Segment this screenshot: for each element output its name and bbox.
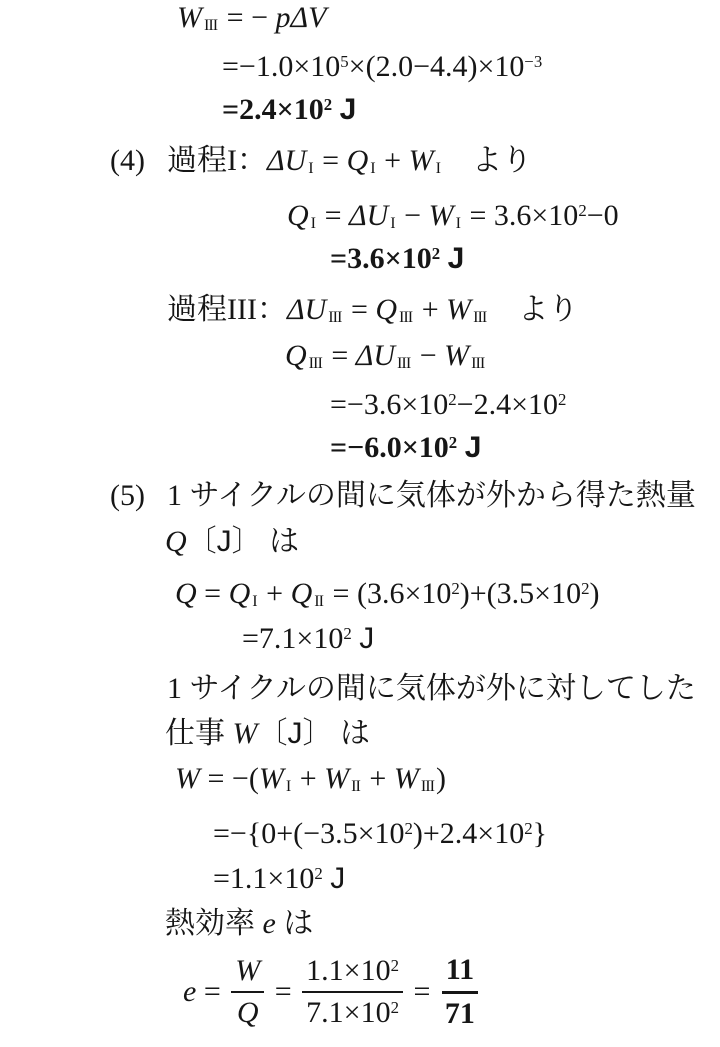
text-run: 2 [524, 819, 532, 838]
text-run: =1.1×10 [213, 862, 314, 895]
eq-q3-result: =−6.0×102 J [330, 421, 481, 465]
eq-q3-substitution: =−3.6×102−2.4×102 [330, 378, 566, 422]
text-run: I [252, 592, 256, 610]
text-run: III [227, 293, 257, 326]
text-run: )+2.4×10 [413, 817, 524, 850]
line-w-unit: 仕事 W〔J〕 は [165, 712, 370, 756]
text-run: I [308, 159, 312, 177]
text-run: サイクルの間に気体が外から得た熱量 [190, 479, 696, 512]
eq-wIII-result: =2.4×102 J [222, 83, 356, 127]
text-run: Q [375, 293, 397, 326]
text-run: 過程 [167, 293, 227, 326]
eq-w-result: =1.1×102 J [213, 852, 345, 896]
text-run: I [436, 159, 440, 177]
text-run: Q [229, 577, 251, 610]
text-run: I [286, 777, 290, 795]
text-run: =7.1×10 [242, 622, 343, 655]
text-run: 2 [314, 864, 322, 883]
text-run: = [324, 339, 356, 372]
text-run: − [397, 199, 429, 232]
fraction: WQ [231, 954, 264, 1031]
text-run: は [340, 717, 370, 750]
text-run: −3 [524, 52, 542, 71]
text-run: + [414, 293, 446, 326]
text-run: W [177, 1, 202, 34]
text-run: 5 [340, 52, 348, 71]
eq-q-total-result: =7.1×102 J [242, 612, 374, 656]
text-run: は [269, 525, 299, 558]
text-run: ΔU [356, 339, 395, 372]
text-run: III [204, 16, 217, 34]
text-run: W [409, 144, 434, 177]
text-run: J [448, 242, 465, 275]
text-run: + [292, 762, 324, 795]
text-run: 2 [449, 433, 457, 452]
text-run: =−{0+(−3.5×10 [213, 817, 404, 850]
fraction-denominator: Q [233, 993, 263, 1031]
eq-q3: QIII = ΔUIII − WIII [285, 334, 486, 378]
eq-wIII-definition: WIII = − pΔV [177, 0, 326, 40]
text-run: II [351, 777, 360, 795]
eq-w-total: W = −(WI + WII + WIII) [175, 757, 446, 801]
text-run: 1.1×10 [306, 954, 390, 987]
text-run: I [456, 214, 460, 232]
text-run: J [288, 717, 303, 750]
text-run: 〕 [303, 717, 341, 750]
text-run: = [317, 199, 349, 232]
text-run: )+(3.5×10 [460, 577, 581, 610]
fraction: 1171 [441, 953, 479, 1031]
text-run: W [394, 762, 419, 795]
text-run: 71 [445, 997, 475, 1030]
text-run: Q [165, 525, 187, 558]
fraction: 1.1×1027.1×102 [302, 954, 403, 1031]
text-run: 2 [451, 579, 459, 598]
text-run: ： [257, 293, 287, 326]
text-run: = [315, 144, 347, 177]
text-run: = − [219, 1, 275, 34]
work-intro: 1 サイクルの間に気体が外に対してした [167, 667, 696, 711]
text-run: I [370, 159, 374, 177]
text-run: III [309, 354, 322, 372]
text-run: = [406, 975, 438, 1008]
text-run: I [390, 214, 394, 232]
text-run: 2 [391, 998, 399, 1017]
text-run: III [421, 777, 434, 795]
text-run: − [412, 339, 444, 372]
item4-process1-relation: (4)過程I：ΔUI = QI + WI より [110, 139, 532, 183]
text-run: I [311, 214, 315, 232]
text-run: W [446, 293, 471, 326]
text-run: =−3.6×10 [330, 388, 448, 421]
text-run: 2 [324, 95, 332, 114]
text-run: ) [436, 762, 446, 795]
text-run: Q [287, 199, 309, 232]
text-run: III [328, 308, 341, 326]
eq-q1: QI = ΔUI − WI = 3.6×102−0 [287, 189, 619, 233]
text-run: −2.4×10 [457, 388, 558, 421]
text-run: 2 [391, 955, 399, 974]
item-number: (5) [110, 474, 167, 518]
text-run: より [442, 144, 532, 177]
text-run [440, 242, 448, 275]
eq-q-total: Q = QI + QII = (3.6×102)+(3.5×102) [175, 567, 599, 611]
text-run: e [263, 907, 276, 940]
text-run: 7.1×10 [306, 996, 390, 1029]
text-run: =2.4×10 [222, 93, 324, 126]
text-run: =−1.0×10 [222, 50, 340, 83]
text-run: Q [175, 577, 197, 610]
text-run: ΔU [287, 293, 326, 326]
text-run: ： [237, 144, 267, 177]
solution-page: WIII = − pΔV=−1.0×105×(2.0−4.4)×10−3=2.4… [0, 0, 720, 1047]
text-run: =3.6×10 [330, 242, 432, 275]
text-run: 1 [167, 479, 190, 512]
text-run: 11 [446, 953, 474, 986]
text-run: W [429, 199, 454, 232]
text-run: II [314, 592, 323, 610]
text-run: III [471, 354, 484, 372]
text-run: 2 [404, 819, 412, 838]
text-run: + [362, 762, 394, 795]
text-run: = [343, 293, 375, 326]
text-run: = (3.6×10 [325, 577, 451, 610]
text-run: サイクルの間に気体が外に対してした [190, 672, 696, 705]
text-run: Q [347, 144, 369, 177]
line-q-unit: Q〔J〕 は [165, 520, 299, 564]
text-run [457, 431, 465, 464]
fraction-denominator: 7.1×102 [302, 993, 403, 1031]
text-run: = [196, 975, 228, 1008]
item5-heat-intro: (5)1 サイクルの間に気体が外から得た熱量 [110, 474, 696, 518]
text-run: 〔 [258, 717, 288, 750]
text-run: 2 [448, 390, 456, 409]
text-run: J [359, 622, 374, 655]
text-run: より [488, 293, 578, 326]
text-run: 2 [343, 624, 351, 643]
text-run: W [235, 954, 260, 987]
text-run: I [227, 144, 237, 177]
text-run: ΔU [349, 199, 388, 232]
text-run: W [233, 717, 258, 750]
text-run: Q [285, 339, 307, 372]
text-run: 2 [558, 390, 566, 409]
text-run: は [276, 907, 314, 940]
text-run: 2 [432, 244, 440, 263]
text-run: W [324, 762, 349, 795]
text-run: + [377, 144, 409, 177]
text-run: + [259, 577, 291, 610]
text-run: W [259, 762, 284, 795]
text-run: 〔 [187, 525, 217, 558]
eq-wIII-substitution: =−1.0×105×(2.0−4.4)×10−3 [222, 40, 542, 84]
text-run: = 3.6×10 [462, 199, 578, 232]
text-run: 1 [167, 672, 190, 705]
fraction-numerator: 1.1×102 [302, 954, 403, 994]
text-run: Q [291, 577, 313, 610]
text-run: } [533, 817, 547, 850]
eq-efficiency: e = WQ = 1.1×1027.1×102 = 1171 [183, 947, 482, 1037]
text-run: ΔU [267, 144, 306, 177]
text-run: = −( [200, 762, 259, 795]
text-run: J [330, 862, 345, 895]
text-run: 〕 [232, 525, 270, 558]
text-run: W [175, 762, 200, 795]
text-run: J [465, 431, 482, 464]
fraction-numerator: W [231, 954, 264, 994]
text-run: III [397, 354, 410, 372]
text-run: =−6.0×10 [330, 431, 449, 464]
text-run: = [267, 975, 299, 1008]
process3-relation: 過程III：ΔUIII = QIII + WIII より [167, 288, 578, 332]
text-run: J [340, 93, 357, 126]
text-run: 2 [578, 201, 586, 220]
text-run: pΔV [276, 1, 327, 34]
text-run: 仕事 [165, 717, 233, 750]
text-run: −0 [587, 199, 619, 232]
eq-q1-result: =3.6×102 J [330, 232, 464, 276]
efficiency-intro: 熱効率 e は [165, 902, 313, 946]
text-run: Q [237, 996, 259, 1029]
text-run: = [197, 577, 229, 610]
text-run [332, 93, 340, 126]
item-number: (4) [110, 139, 167, 183]
text-run: ×(2.0−4.4)×10 [349, 50, 525, 83]
fraction-denominator: 71 [441, 994, 479, 1032]
fraction-numerator: 11 [442, 953, 478, 994]
text-run: 熱効率 [165, 907, 263, 940]
text-run: III [473, 308, 486, 326]
text-run: W [444, 339, 469, 372]
text-run: 過程 [167, 144, 227, 177]
text-run: J [217, 525, 232, 558]
text-run: III [399, 308, 412, 326]
text-run: e [183, 975, 196, 1008]
text-run: ) [589, 577, 599, 610]
eq-w-substitution: =−{0+(−3.5×102)+2.4×102} [213, 807, 547, 851]
